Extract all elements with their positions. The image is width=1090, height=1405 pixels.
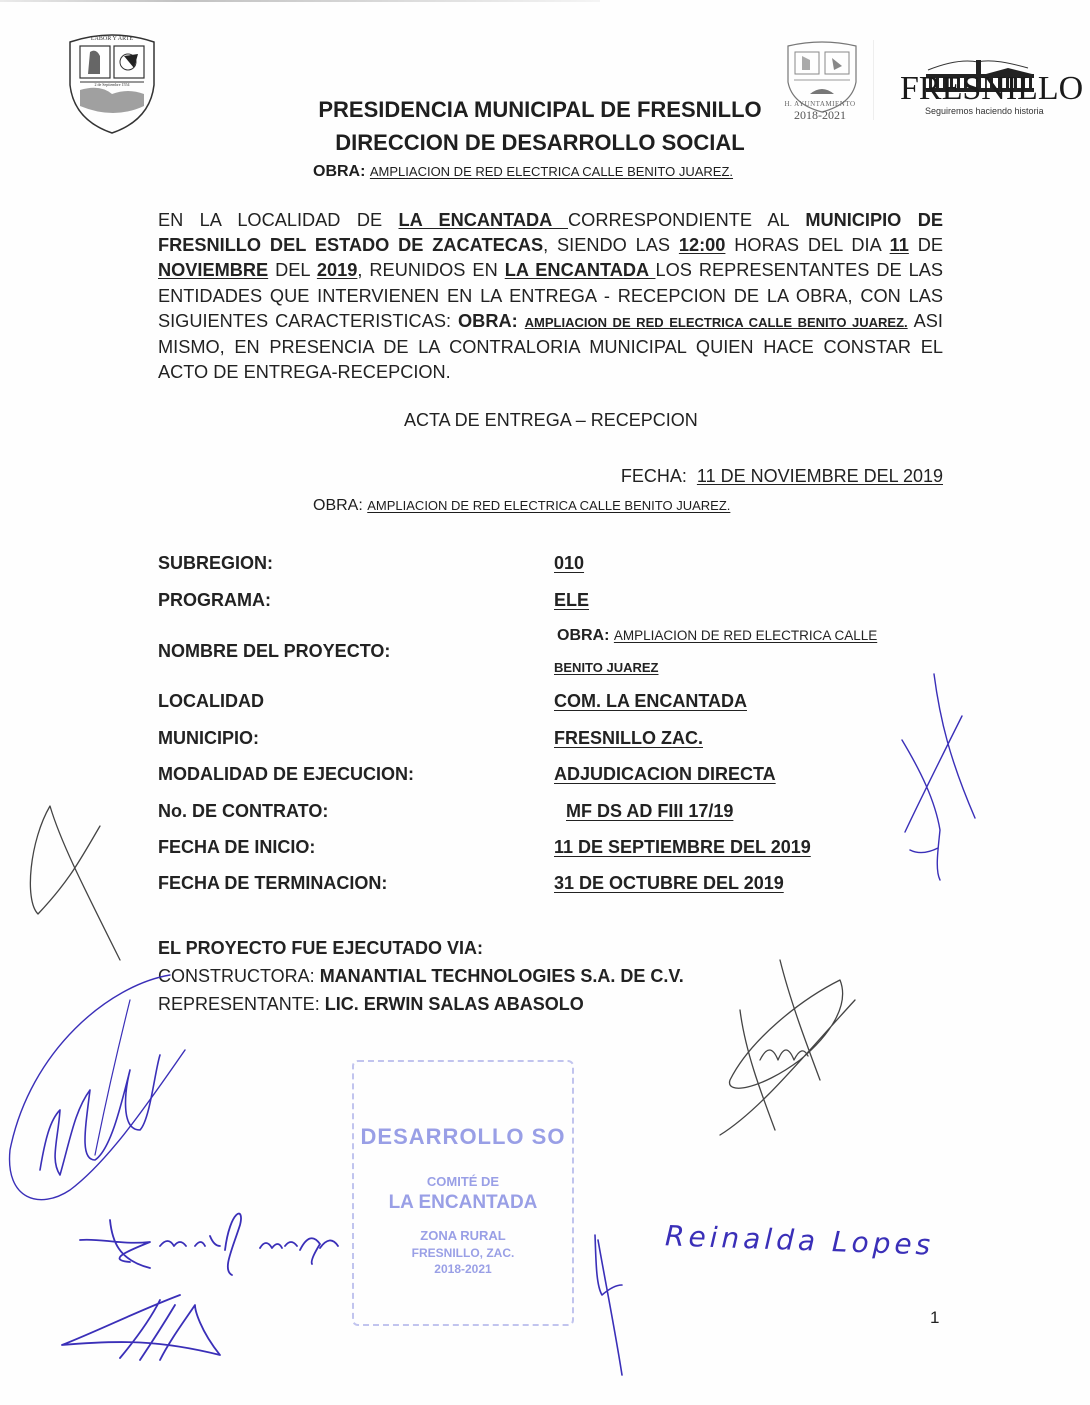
signatures-layer bbox=[0, 0, 1090, 1405]
page-number: 1 bbox=[930, 1308, 939, 1328]
document-page: LABOR Y ARTE 2 de Septiembre 1554 H. AYU… bbox=[0, 0, 1090, 1405]
blue-signature-ismael bbox=[80, 1214, 338, 1275]
blue-signature-left bbox=[10, 975, 185, 1200]
pencil-signature-right bbox=[720, 960, 855, 1135]
blue-signature-right bbox=[902, 674, 975, 880]
blue-signature-bottom-left bbox=[62, 1295, 220, 1360]
pencil-signature-left bbox=[30, 806, 120, 960]
blue-signature-middle bbox=[595, 1235, 622, 1375]
